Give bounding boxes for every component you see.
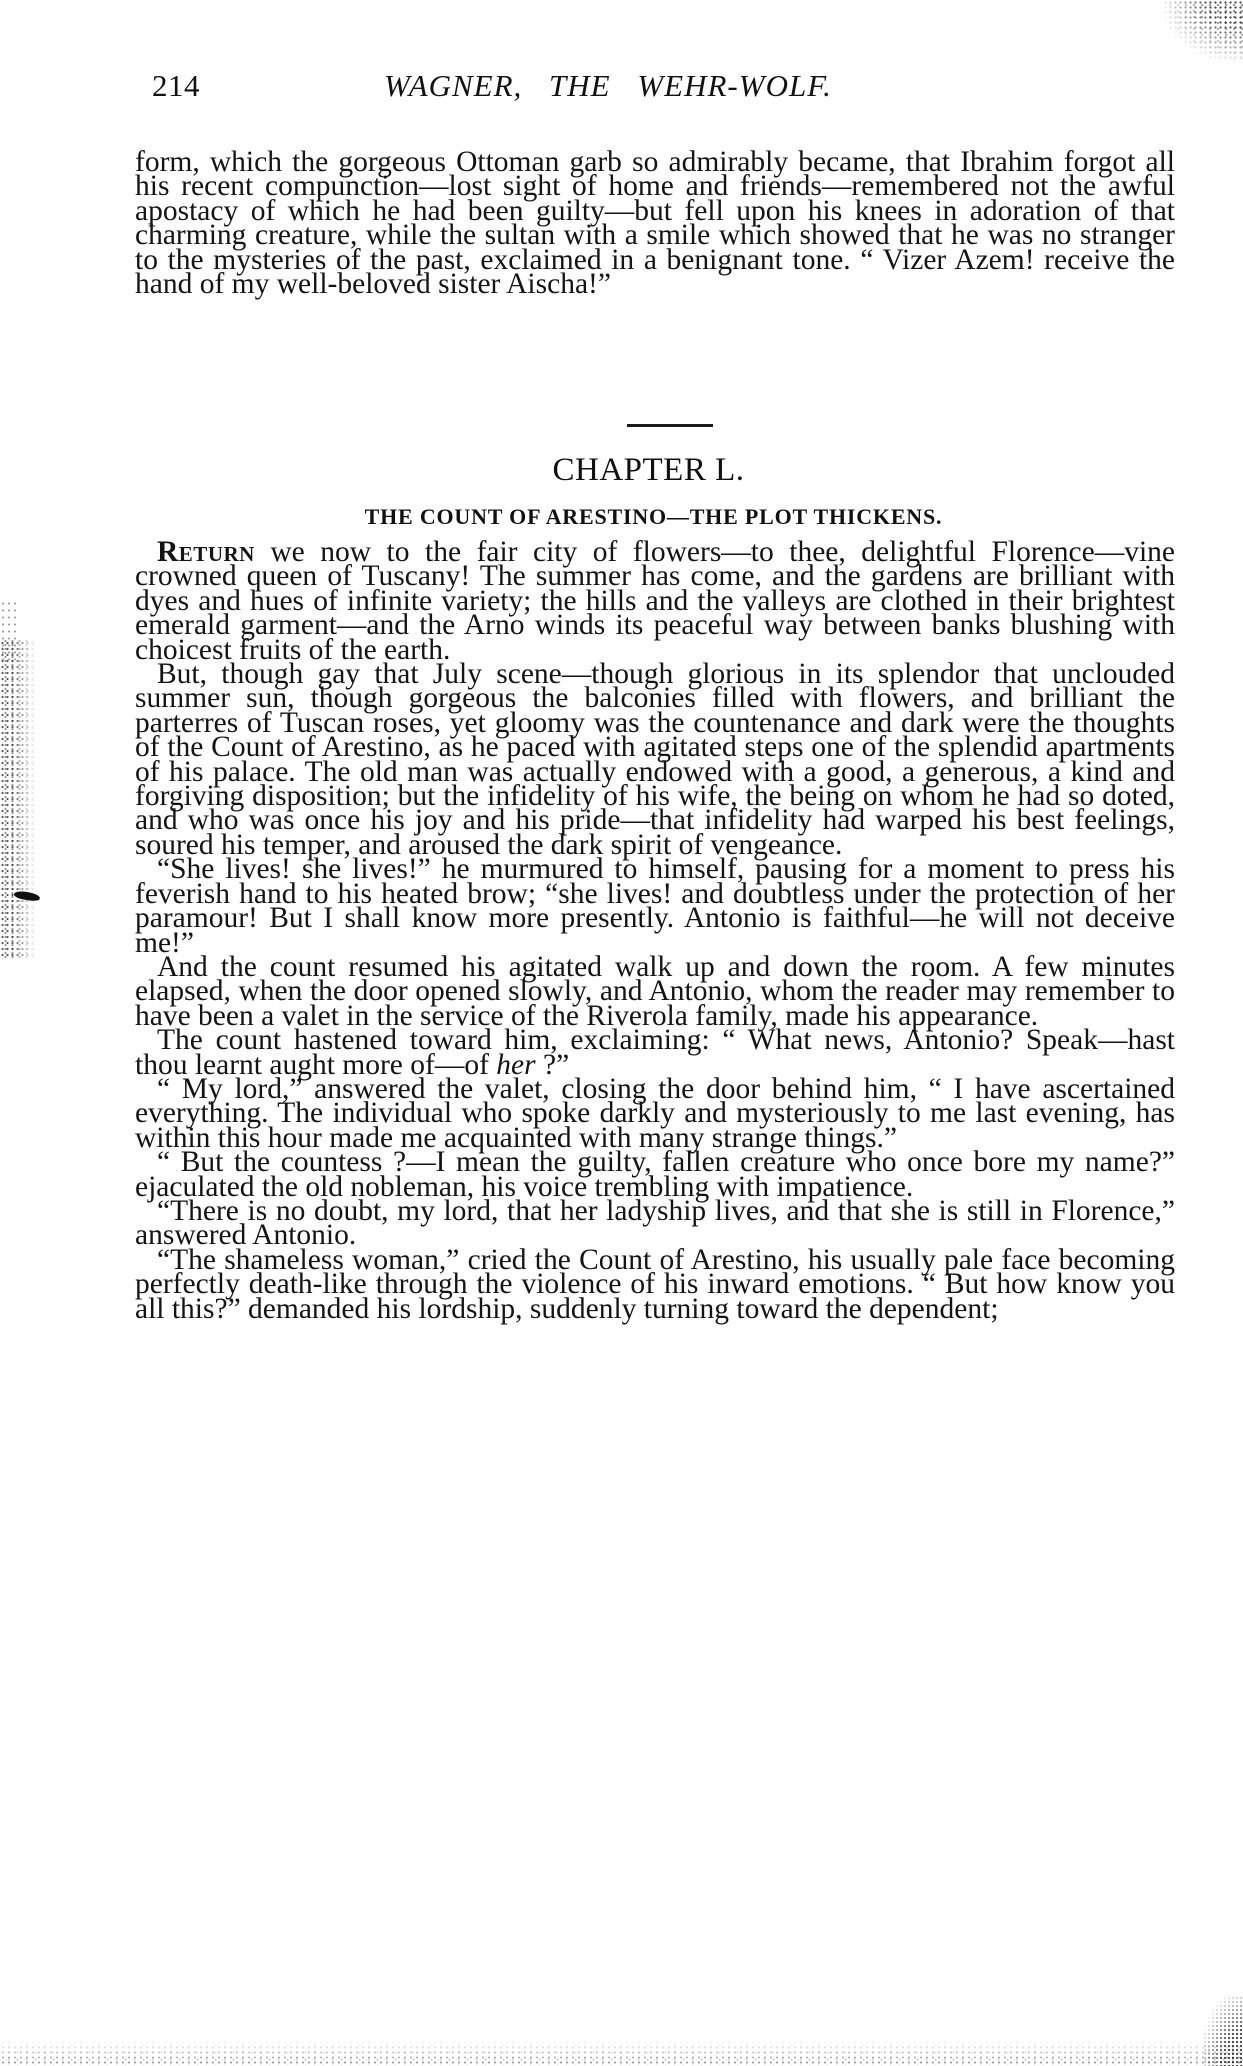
paragraph: “ But the countess ?—I mean the guilty, … xyxy=(135,1150,1175,1199)
paragraph: But, though gay that July scene—though g… xyxy=(135,662,1175,857)
scan-noise-left-margin xyxy=(0,640,36,960)
paragraph-continued: form, which the gorgeous Ottoman garb so… xyxy=(135,150,1175,296)
paragraph: “The shameless woman,” cried the Count o… xyxy=(135,1248,1175,1321)
continued-text: form, which the gorgeous Ottoman garb so… xyxy=(135,150,1175,296)
page-number: 214 xyxy=(152,68,200,104)
scan-noise-left-upper xyxy=(0,600,18,660)
paragraph: “She lives! she lives!” he murmured to h… xyxy=(135,857,1175,955)
paragraph: The count hastened toward him, exclaimin… xyxy=(135,1028,1175,1077)
section-divider xyxy=(627,424,713,427)
running-title: WAGNER, THE WEHR-WOLF. xyxy=(384,68,832,104)
scan-noise-top-right xyxy=(1163,0,1243,62)
book-page: 214 WAGNER, THE WEHR-WOLF. form, which t… xyxy=(0,0,1243,2066)
chapter-subtitle: THE COUNT OF ARESTINO—THE PLOT THICKENS. xyxy=(0,504,1243,530)
ink-blot xyxy=(14,890,41,902)
chapter-heading: CHAPTER L. xyxy=(0,452,1243,489)
paragraph: And the count resumed his agitated walk … xyxy=(135,955,1175,1028)
scan-noise-bottom-right xyxy=(1203,1996,1243,2066)
paragraph: “There is no doubt, my lord, that her la… xyxy=(135,1199,1175,1248)
chapter-body: Return we now to the fair city of flower… xyxy=(135,540,1175,1321)
running-head: 214 WAGNER, THE WEHR-WOLF. xyxy=(152,62,1022,112)
paragraph: “ My lord,” answered the valet, closing … xyxy=(135,1077,1175,1150)
paragraph: Return we now to the fair city of flower… xyxy=(135,540,1175,662)
scan-noise-bottom xyxy=(0,2040,1243,2066)
